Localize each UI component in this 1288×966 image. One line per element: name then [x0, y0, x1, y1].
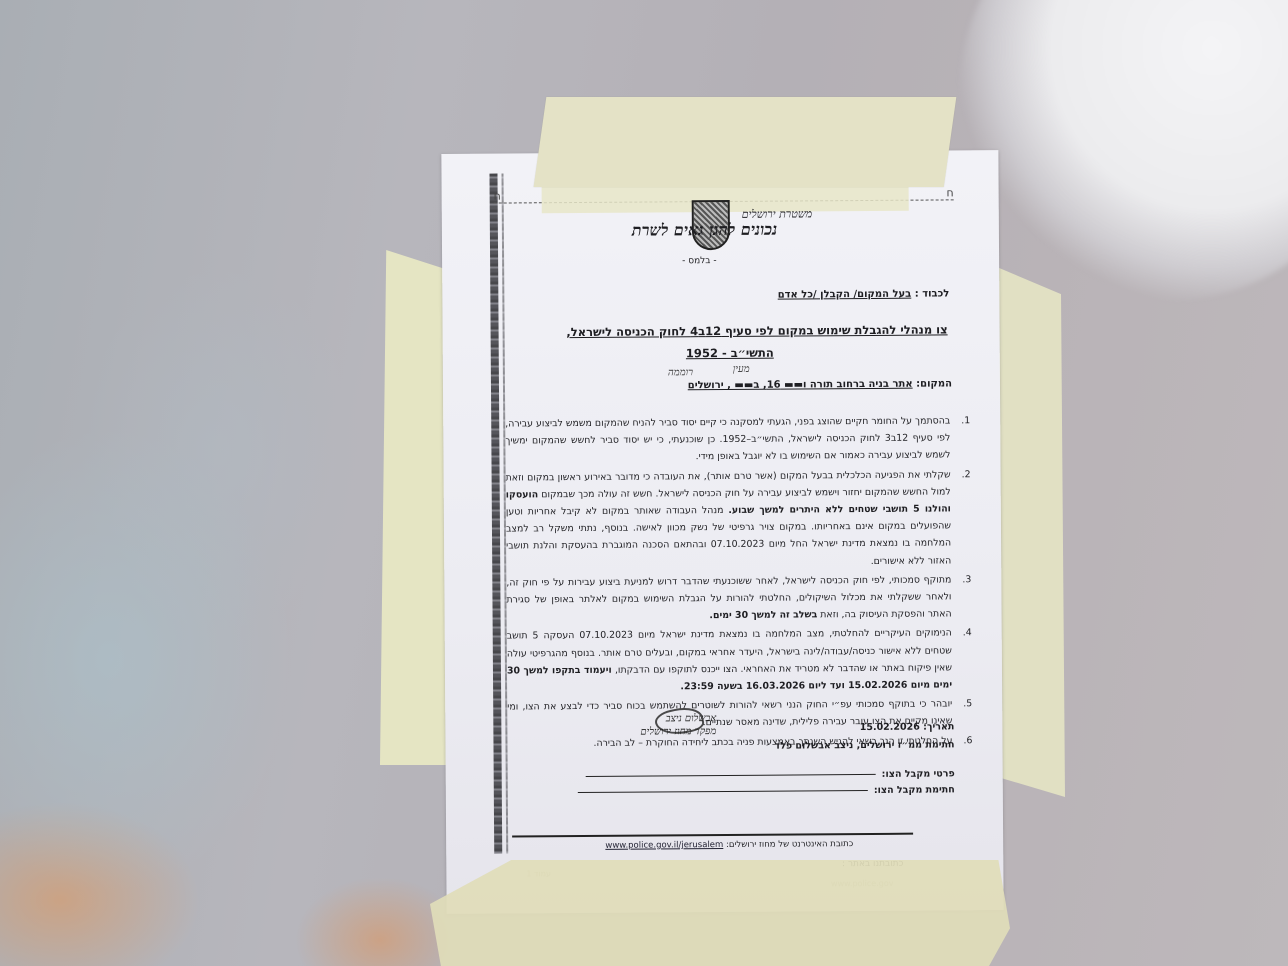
scan-artifact: [489, 174, 502, 854]
signer-line: חתימת ממ״ז ירושלים, ניצב אבשלום פלד: [774, 736, 954, 755]
police-motto: נכונים להגן גאים לשרת: [632, 220, 778, 241]
masking-tape-bottom: [430, 860, 1010, 966]
receipt-section: פרטי מקבל הצו: חתימת מקבל הצו:: [578, 766, 955, 801]
paragraph-1: 1. בהסתמך על החומר חקיים שהוצג בפני, הגע…: [505, 412, 970, 467]
paragraph-3: 3. מתוקף סמכותי, לפי חוק הכניסה לישראל, …: [506, 571, 971, 626]
order-title-law-year: התשי״ב - 1952: [686, 346, 774, 361]
handwritten-note: מעין: [733, 364, 750, 375]
order-paragraphs: 1. בהסתמך על החומר חקיים שהוצג בפני, הגע…: [505, 412, 972, 754]
order-title: צו מנהלי להגבלת שימוש במקום לפי סעיף 12ב…: [566, 322, 947, 339]
footer-divider: [512, 833, 913, 838]
recipient-signature-field: חתימת מקבל הצו:: [578, 782, 955, 801]
place-label: המקום:: [916, 378, 952, 389]
paragraph-2: 2. שקלתי את הפגיעה הכלכלית בבעל המקום (א…: [506, 466, 972, 572]
police-order-document: ח ח נכונים להגן גאים לשרת משטרת ירושלים …: [441, 150, 1003, 914]
signature-block: תאריך: 15.02.2026 חתימת ממ״ז ירושלים, ני…: [774, 718, 954, 755]
district-website-link[interactable]: www.police.gov.il/jerusalem: [605, 840, 723, 851]
date-line: תאריך: 15.02.2026: [774, 718, 954, 737]
addressee-label: לכבוד :: [915, 288, 950, 299]
date-value: 15.02.2026: [860, 722, 920, 733]
classification-label: - בלמס -: [682, 256, 717, 266]
district-name: משטרת ירושלים: [742, 207, 812, 220]
blank-line: [578, 790, 868, 793]
addressee-value: בעל המקום/ הקבלן /כל אדם: [778, 289, 912, 301]
handwritten-note: רוממה: [668, 367, 693, 378]
masking-tape-top: [534, 97, 957, 187]
letterhead-symbol-right: ח: [946, 186, 953, 199]
date-label: תאריך:: [923, 721, 954, 732]
blank-line: [586, 774, 876, 777]
place-line: המקום: אתר בניה ברחוב תורה ו▬▬ 16, ב▬▬ ,…: [688, 378, 952, 391]
footer-url-line: כתובת האינטרנט של מחוז ירושלים: www.poli…: [605, 839, 853, 851]
signature-stamp: אבשלום ניצב מפקד מחוז ירושלים: [640, 712, 716, 739]
addressee-line: לכבוד : בעל המקום/ הקבלן /כל אדם: [778, 288, 950, 300]
place-value: אתר בניה ברחוב תורה ו▬▬ 16, ב▬▬ , ירושלי…: [688, 379, 913, 392]
paragraph-4: 4. הנימוקים העיקריים להחלטתי, מצב המלחמה…: [507, 625, 972, 697]
letterhead-symbol-left: ח: [494, 190, 501, 203]
